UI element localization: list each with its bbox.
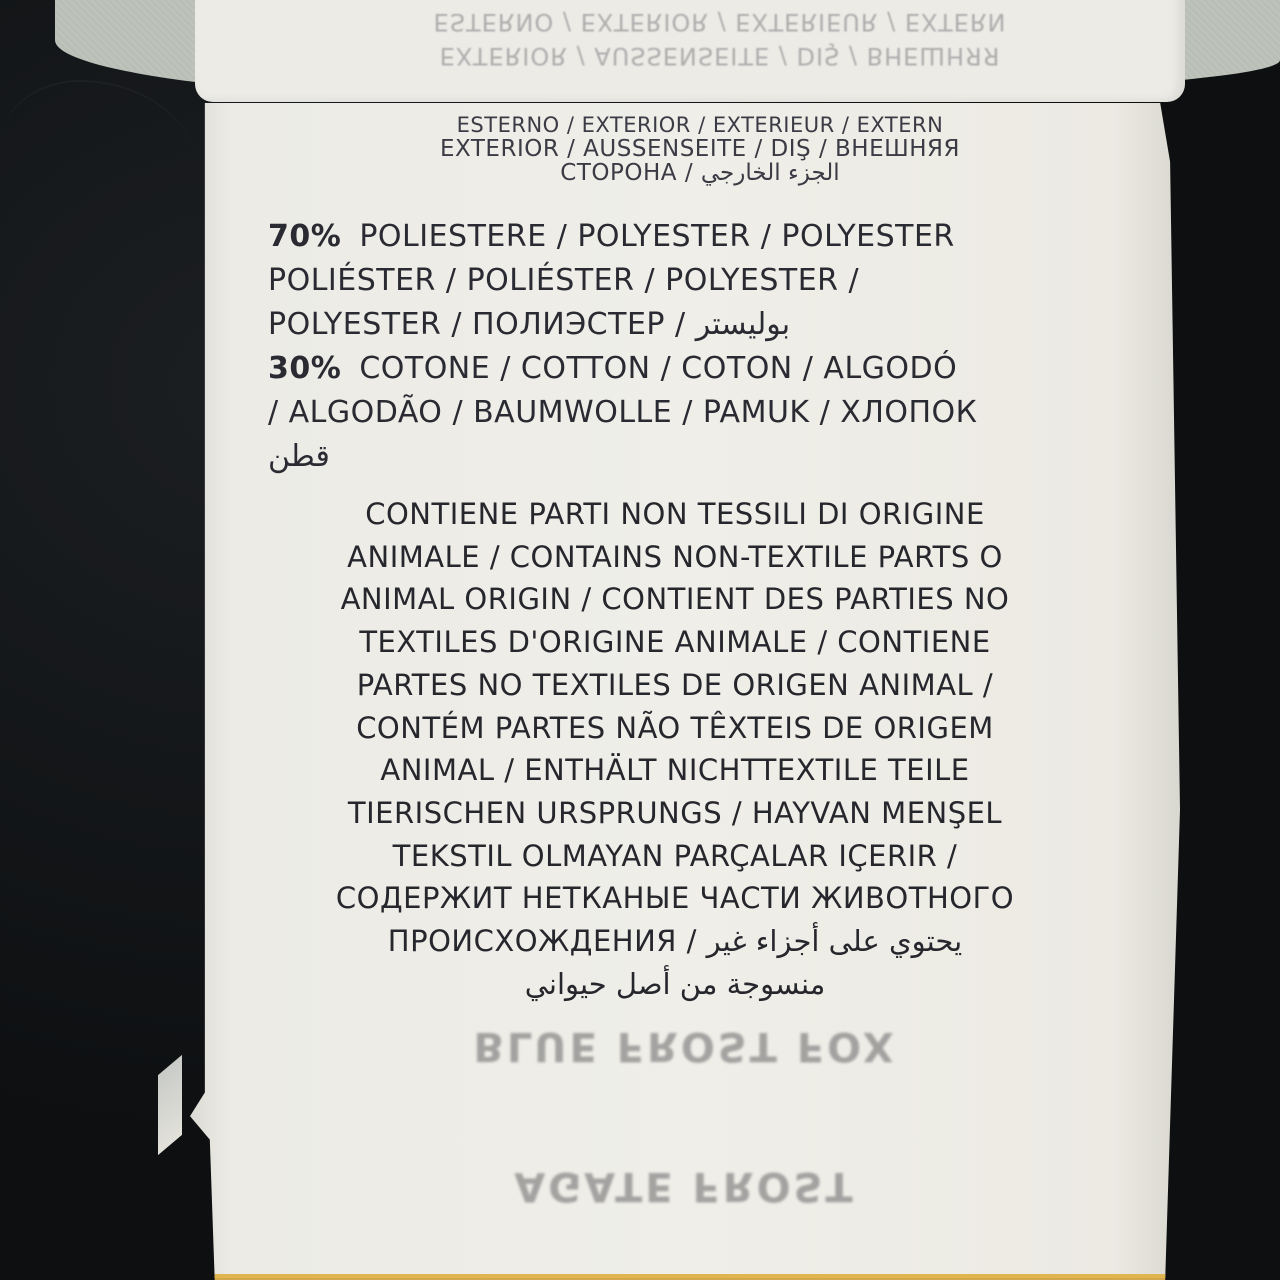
- notice-line: CONTIENE PARTI NON TESSILI DI ORIGINE: [280, 493, 1070, 536]
- notice-line: ANIMAL / ENTHÄLT NICHTTEXTILE TEILE: [280, 749, 1070, 792]
- notice-line: TEXTILES D'ORIGINE ANIMALE / CONTIENE: [280, 621, 1070, 664]
- notice-line: CONTÉM PARTES NÃO TÊXTEIS DE ORIGEM: [280, 707, 1070, 750]
- show-through-text: AGATE FROST: [190, 1163, 1180, 1209]
- notice-line: TIERISCHEN URSPRUNGS / HAYVAN MENŞEL: [280, 792, 1070, 835]
- mirrored-text-line: ESTERNO / EXTERIOR / EXTERIEUR / EXTERN: [295, 8, 1145, 36]
- notice-line-arabic: منسوجة من أصل حيواني: [280, 963, 1070, 1006]
- notice-line: PARTES NO TEXTILES DE ORIGEN ANIMAL /: [280, 664, 1070, 707]
- composition-line: / ALGODÃO / BAUMWOLLE / PAMUK / ХЛОПОК: [268, 391, 1100, 435]
- fiber-name: COTONE / COTTON / COTON / ALGODÓ: [359, 351, 957, 386]
- notice-line: TEKSTIL OLMAYAN PARÇALAR IÇERIR /: [280, 835, 1070, 878]
- polyester-percent: 70%: [268, 219, 341, 254]
- fiber-composition: 70%POLIESTERE / POLYESTER / POLYESTER PO…: [268, 215, 1100, 479]
- composition-label: ESTERNO / EXTERIOR / EXTERIEUR / EXTERN …: [190, 103, 1180, 1280]
- composition-line: 70%POLIESTERE / POLYESTER / POLYESTER: [268, 215, 1100, 259]
- heading-line: ESTERNO / EXTERIOR / EXTERIEUR / EXTERN: [300, 113, 1100, 137]
- notice-line: ANIMAL ORIGIN / CONTIENT DES PARTIES NO: [280, 578, 1070, 621]
- heading-line: СТОРОНА / الجزء الخارجي: [300, 161, 1100, 185]
- composition-line: 30%COTONE / COTTON / COTON / ALGODÓ: [268, 347, 1100, 391]
- cotton-percent: 30%: [268, 351, 341, 386]
- notice-line: ANIMALE / CONTAINS NON-TEXTILE PARTS O: [280, 536, 1070, 579]
- heading-line: EXTERIOR / AUSSENSEITE / DIŞ / ВНЕШНЯЯ: [300, 137, 1100, 161]
- notice-line: ПРОИСХОЖДЕНИЯ / يحتوي على أجزاء غير: [280, 920, 1070, 963]
- composition-line: قطن: [268, 435, 1100, 479]
- composition-line: POLIÉSTER / POLIÉSTER / POLYESTER /: [268, 259, 1100, 303]
- animal-origin-notice: CONTIENE PARTI NON TESSILI DI ORIGINE AN…: [280, 493, 1070, 1005]
- folded-label-back: EXTERIOR / AUSSENSEITE / DIŞ / ВНЕШНЯЯ E…: [195, 0, 1185, 102]
- show-through-text: BLUE FROST FOX: [190, 1023, 1180, 1069]
- side-heading: ESTERNO / EXTERIOR / EXTERIEUR / EXTERN …: [300, 113, 1100, 185]
- composition-line: POLYESTER / ПОЛИЭСТЕР / بوليستر: [268, 303, 1100, 347]
- mirrored-text-line: EXTERIOR / AUSSENSEITE / DIŞ / ВНЕШНЯЯ: [295, 42, 1145, 70]
- fiber-name: POLIESTERE / POLYESTER / POLYESTER: [359, 219, 954, 254]
- notice-line: СОДЕРЖИТ НЕТКАНЫЕ ЧАСТИ ЖИВОТНОГО: [280, 877, 1070, 920]
